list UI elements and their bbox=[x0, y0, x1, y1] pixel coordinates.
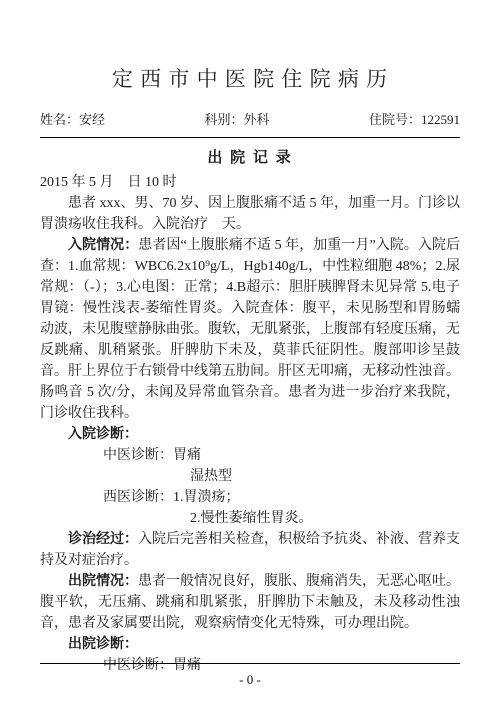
tcm-diagnosis-value: 胃痛 bbox=[173, 448, 201, 463]
tcm-diagnosis-label: 中医诊断： bbox=[103, 448, 173, 463]
patient-name-label: 姓名： bbox=[40, 112, 79, 127]
treatment-course-paragraph: 诊治经过：入院后完善相关检查，积极给予抗炎、补液、营养支持及对症治疗。 bbox=[40, 529, 460, 571]
page-footer: - 0 - bbox=[40, 663, 460, 688]
patient-info-row: 姓名：安经 科别：外科 住院号：122591 bbox=[40, 109, 460, 138]
admission-tcm-pattern-line: 湿热型 bbox=[40, 466, 460, 487]
admission-number-field: 住院号：122591 bbox=[369, 109, 460, 128]
admission-condition-label: 入院情况： bbox=[68, 238, 138, 253]
western-diagnosis-item-2: 2.慢性萎缩性胃炎。 bbox=[40, 508, 460, 529]
page-number: - 0 - bbox=[239, 672, 261, 687]
department-label: 科别： bbox=[204, 112, 243, 127]
treatment-course-label: 诊治经过： bbox=[68, 532, 138, 547]
admission-tcm-diagnosis-line: 中医诊断：胃痛 bbox=[40, 445, 460, 466]
discharge-condition-label: 出院情况： bbox=[68, 574, 138, 589]
discharge-diagnosis-heading: 出院诊断： bbox=[40, 634, 460, 655]
intro-paragraph: 患者 xxx、男、70 岁、因上腹胀痛不适 5 年，加重一月。门诊以胃溃疡收住我… bbox=[40, 193, 460, 235]
admission-diagnosis-heading: 入院诊断： bbox=[40, 424, 460, 445]
record-body: 2015 年 5 月 日 10 时 患者 xxx、男、70 岁、因上腹胀痛不适 … bbox=[40, 172, 460, 676]
western-diagnosis-label: 西医诊断： bbox=[103, 490, 173, 505]
discharge-condition-paragraph: 出院情况：患者一般情况良好，腹胀、腹痛消失，无恶心呕吐。腹平软，无压痛、跳痛和肌… bbox=[40, 571, 460, 634]
hospital-record-title: 定 西 市 中 医 院 住 院 病 历 bbox=[40, 63, 460, 93]
record-datetime: 2015 年 5 月 日 10 时 bbox=[40, 172, 460, 193]
western-diagnosis-item-1: 1.胃溃疡； bbox=[173, 490, 240, 505]
admission-number-label: 住院号： bbox=[369, 112, 421, 127]
admission-condition-text: 患者因“上腹胀痛不适 5 年，加重一月”入院。入院后查：1.血常规：WBC6.2… bbox=[40, 238, 460, 421]
department-value: 外科 bbox=[244, 112, 270, 127]
patient-name-field: 姓名：安经 bbox=[40, 109, 105, 128]
medical-record-page: 定 西 市 中 医 院 住 院 病 历 姓名：安经 科别：外科 住院号：1225… bbox=[0, 0, 500, 706]
admission-western-diagnosis-line: 西医诊断：1.胃溃疡； bbox=[40, 487, 460, 508]
page-content: 定 西 市 中 医 院 住 院 病 历 姓名：安经 科别：外科 住院号：1225… bbox=[0, 63, 500, 676]
admission-number-value: 122591 bbox=[421, 112, 460, 127]
patient-name-value: 安经 bbox=[79, 112, 105, 127]
admission-condition-paragraph: 入院情况：患者因“上腹胀痛不适 5 年，加重一月”入院。入院后查：1.血常规：W… bbox=[40, 235, 460, 424]
discharge-record-heading: 出 院 记 录 bbox=[40, 146, 460, 167]
department-field: 科别：外科 bbox=[204, 109, 269, 128]
